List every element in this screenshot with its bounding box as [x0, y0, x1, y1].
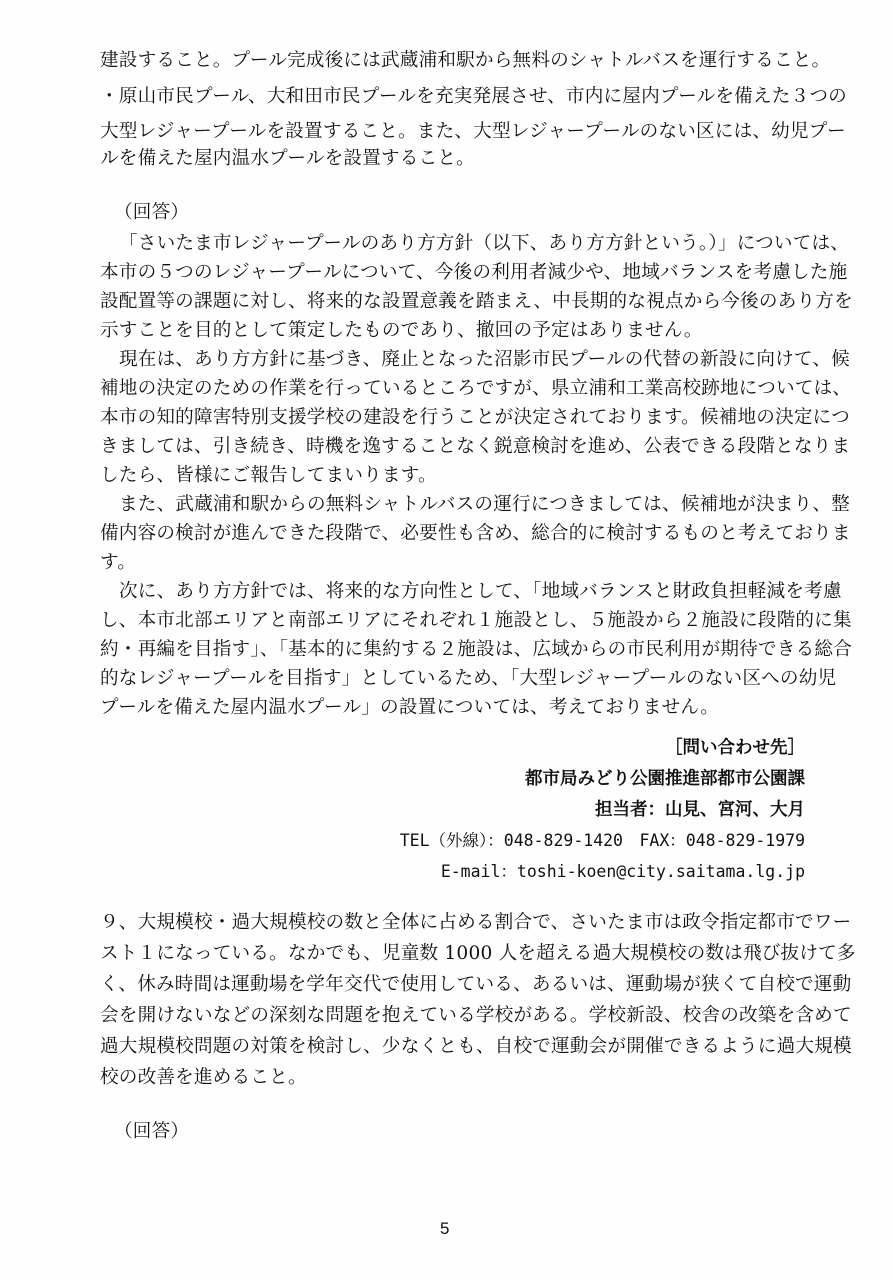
text-line: 建設すること。プール完成後には武蔵浦和駅から無料のシャトルバスを運行すること。	[100, 49, 830, 73]
contact-persons: 担当者：山見、宮河、大月	[595, 798, 805, 822]
page-number: 5	[440, 1219, 449, 1239]
contact-email[interactable]: E-mail：toshi-koen@city.saitama.lg.jp	[441, 860, 805, 884]
text-line: 示すことを目的として策定したものであり、撤回の予定はありません。	[100, 319, 703, 343]
contact-phone-fax: TEL（外線）：048-829-1420 FAX：048-829-1979	[400, 829, 805, 853]
answer-label: （回答）	[114, 1120, 189, 1144]
text-line: 校の改善を進めること。	[100, 1066, 307, 1090]
text-line: ・原山市民プール、大和田市民プールを充実発展させ、市内に屋内プールを備えた３つの	[100, 85, 847, 109]
text-line: スト１になっている。なかでも、児童数 1000 人を超える過大規模校の数は飛び抜…	[100, 942, 856, 966]
text-line: 大型レジャープールを設置すること。また、大型レジャープールのない区には、幼児プー	[100, 120, 846, 144]
answer-label: （回答）	[114, 201, 189, 225]
text-line: プールを備えた屋内温水プール」の設置については、考えておりません。	[100, 696, 719, 720]
text-line: ９、大規模校・過大規模校の数と全体に占める割合で、さいたま市は政令指定都市でワー	[100, 911, 851, 935]
text-line: きましては、引き続き、時機を逸することなく鋭意検討を進め、公表できる段階となりま	[100, 435, 850, 459]
contact-heading: ［問い合わせ先］	[665, 736, 805, 760]
text-line: また、武蔵浦和駅からの無料シャトルバスの運行につきましては、候補地が決まり、整	[119, 493, 850, 517]
text-line: く、休み時間は運動場を学年交代で使用している、あるいは、運動場が狭くて自校で運動	[100, 973, 851, 997]
text-line: 本市の５つのレジャープールについて、今後の利用者減少や、地域バランスを考慮した施	[100, 261, 847, 285]
contact-department: 都市局みどり公園推進部都市公園課	[525, 767, 805, 791]
text-line: 補地の決定のための作業を行っているところですが、県立浦和工業高校跡地については、	[100, 377, 851, 401]
text-line: ルを備えた屋内温水プールを設置すること。	[100, 147, 475, 171]
text-line: 本市の知的障害特別支援学校の建設を行うことが決定されております。候補地の決定につ	[100, 406, 850, 430]
text-line: 過大規模校問題の対策を検討し、少なくとも、自校で運動会が開催できるように過大規模	[100, 1035, 852, 1059]
text-line: し、本市北部エリアと南部エリアにそれぞれ１施設とし、５施設から２施設に段階的に集	[100, 609, 852, 633]
document-page: 建設すること。プール完成後には武蔵浦和駅から無料のシャトルバスを運行すること。 …	[0, 0, 893, 1280]
text-line: 的なレジャープールを目指す」としているため、「大型レジャープールのない区への幼児	[100, 667, 836, 691]
text-line: 次に、あり方方針では、将来的な方向性として、「地域バランスと財政負担軽減を考慮	[119, 580, 842, 604]
text-line: 設配置等の課題に対し、将来的な設置意義を踏まえ、中長期的な視点から今後のあり方を	[100, 290, 853, 314]
text-line: す。	[100, 551, 136, 575]
text-line: 会を開けないなどの深刻な問題を抱えている学校がある。学校新設、校舎の改築を含めて	[100, 1004, 852, 1028]
text-line: 約・再編を目指す」、「基本的に集約する２施設は、広域からの市民利用が期待できる総…	[100, 638, 852, 662]
text-line: 現在は、あり方方針に基づき、廃止となった沼影市民プールの代替の新設に向けて、候	[119, 348, 850, 372]
text-line: 備内容の検討が進んできた段階で、必要性も含め、総合的に検討するものと考えておりま	[100, 522, 851, 546]
text-line: 「さいたま市レジャープールのあり方方針（以下、あり方方針という。）」については、	[119, 232, 849, 256]
text-line: したら、皆様にご報告してまいります。	[100, 464, 437, 488]
